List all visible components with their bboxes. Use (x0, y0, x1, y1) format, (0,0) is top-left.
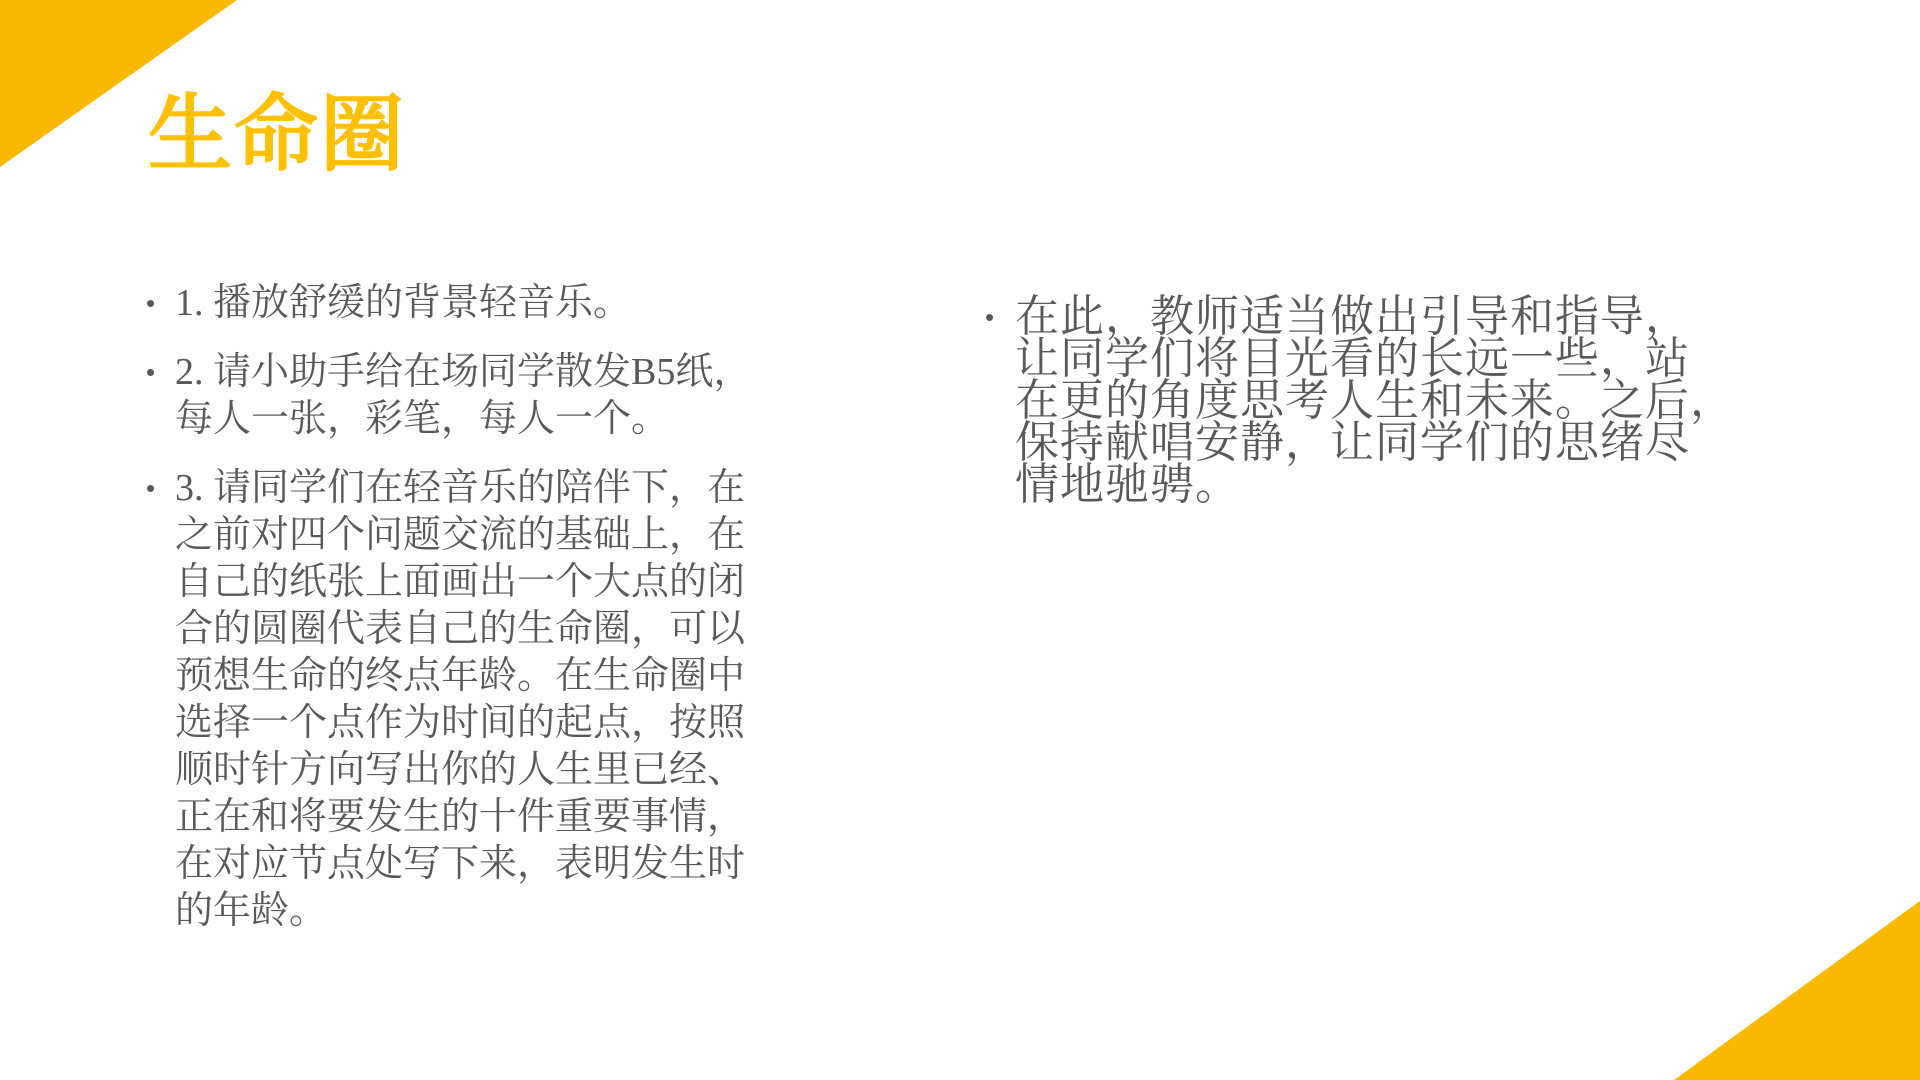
bullet-dot-icon: • (146, 349, 175, 396)
bullet-text: 1. 播放舒缓的背景轻音乐。 (175, 280, 631, 327)
corner-triangle-bottom-right (1674, 901, 1920, 1080)
bullet-dot-icon: • (146, 280, 175, 327)
list-item: • 2. 请小助手给在场同学散发B5纸， 每人一张，彩笔，每人一个。 (146, 349, 786, 443)
list-item: • 3. 请同学们在轻音乐的陪伴下，在 之前对四个问题交流的基础上，在 自己的纸… (146, 465, 786, 935)
bullet-text: 在此，教师适当做出引导和指导， 让同学们将目光看的长远一些，站 在更的角度思考人… (1015, 296, 1735, 506)
bullet-dot-icon: • (985, 296, 1015, 338)
presentation-slide: 生命圈 • 1. 播放舒缓的背景轻音乐。 • 2. 请小助手给在场同学散发B5纸… (0, 0, 1920, 1080)
bullet-text: 2. 请小助手给在场同学散发B5纸， 每人一张，彩笔，每人一个。 (175, 349, 751, 443)
list-item: • 1. 播放舒缓的背景轻音乐。 (146, 280, 786, 327)
slide-title: 生命圈 (148, 84, 406, 185)
left-text-column: • 1. 播放舒缓的背景轻音乐。 • 2. 请小助手给在场同学散发B5纸， 每人… (146, 280, 786, 957)
right-text-column: • 在此，教师适当做出引导和指导， 让同学们将目光看的长远一些，站 在更的角度思… (985, 296, 1805, 528)
bullet-text: 3. 请同学们在轻音乐的陪伴下，在 之前对四个问题交流的基础上，在 自己的纸张上… (175, 465, 745, 935)
bullet-dot-icon: • (146, 465, 175, 512)
list-item: • 在此，教师适当做出引导和指导， 让同学们将目光看的长远一些，站 在更的角度思… (985, 296, 1805, 506)
